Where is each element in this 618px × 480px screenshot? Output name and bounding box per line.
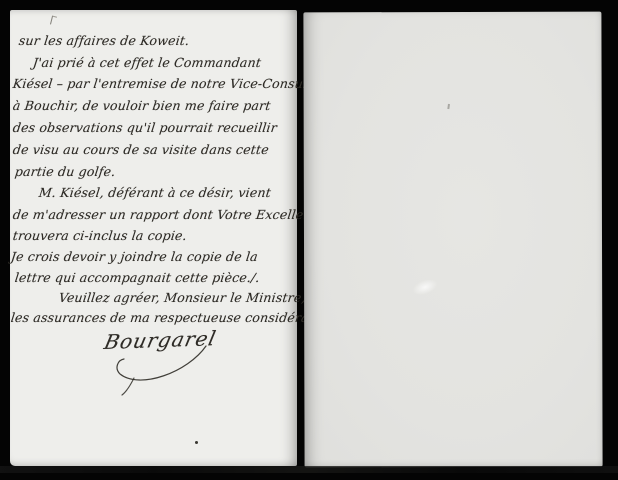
letter-line: trouvera ci-inclus la copie. [12, 228, 188, 243]
letter-line: à Bouchir, de vouloir bien me faire part [12, 98, 272, 113]
right-page [303, 12, 602, 468]
letter-line: Veuillez agréer, Monsieur le Ministre, [58, 290, 307, 305]
letter-line: J'ai prié à cet effet le Commandant [32, 55, 262, 70]
ink-speck [50, 16, 57, 26]
letter-line: sur les affaires de Koweit. [18, 33, 190, 48]
paper-speck [447, 104, 450, 109]
letter-line: de m'adresser un rapport dont Votre Exce… [12, 207, 327, 222]
letter-line: partie du golfe. [14, 164, 116, 179]
letter-line: les assurances de ma respectueuse consid… [10, 310, 335, 325]
letter-line: Kiésel – par l'entremise de notre Vice-C… [12, 76, 308, 91]
letter-line: de visu au cours de sa visite dans cette [12, 142, 270, 157]
letter-line: M. Kiésel, déférant à ce désir, vient [38, 185, 272, 200]
left-page: sur les affaires de Koweit. J'ai prié à … [10, 10, 297, 466]
letter-line: lettre qui accompagnait cette pièce./. [14, 270, 261, 285]
letter-line: des observations qu'il pourrait recueill… [12, 120, 278, 135]
letter-line: Je crois devoir y joindre la copie de la [10, 249, 259, 264]
signature: Bourgarel [102, 326, 219, 354]
paper-smudge [411, 276, 440, 298]
scanned-document: sur les affaires de Koweit. J'ai prié à … [0, 0, 618, 480]
ink-speck [195, 441, 198, 444]
